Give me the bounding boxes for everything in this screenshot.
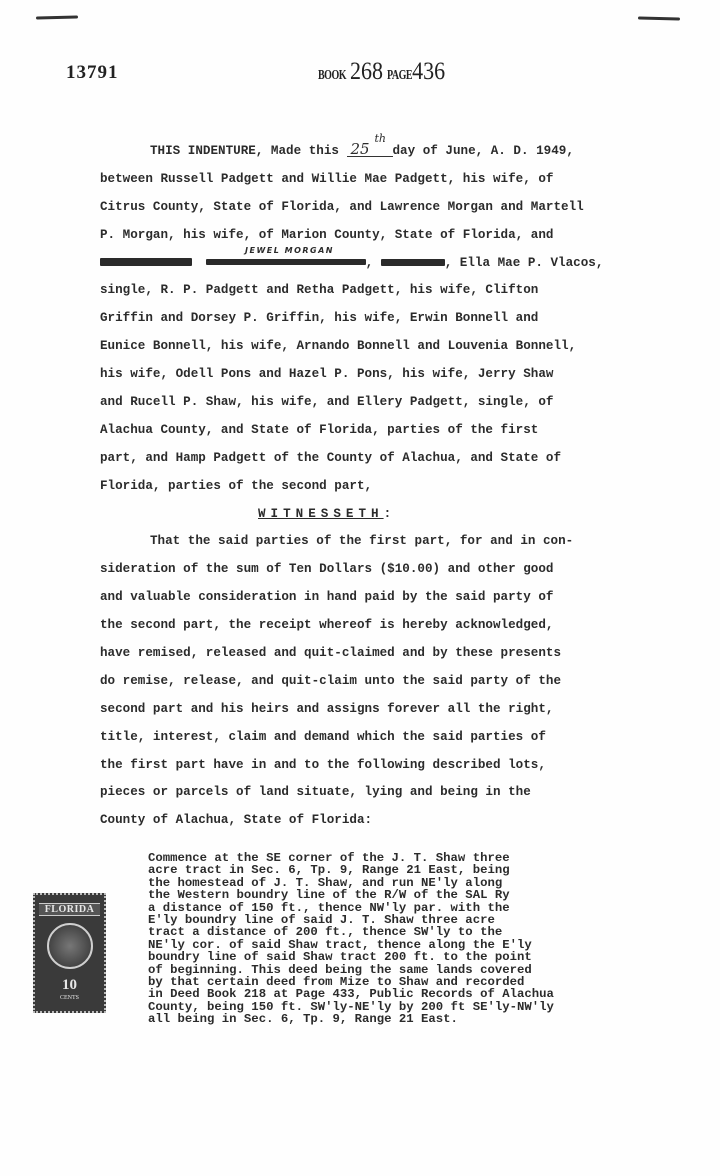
witnesseth-colon: :	[384, 507, 397, 521]
indenture-line: Eunice Bonnell, his wife, Arnando Bonnel…	[100, 333, 660, 361]
indenture-line: Citrus County, State of Florida, and Law…	[100, 194, 660, 222]
witnesseth-line: title, interest, claim and demand which …	[100, 724, 660, 752]
indenture-line: THIS INDENTURE, Made this 25thday of Jun…	[100, 138, 660, 166]
legal-description: Commence at the SE corner of the J. T. S…	[148, 852, 628, 1025]
book-number: 268	[350, 56, 383, 86]
witnesseth-line: second part and his heirs and assigns fo…	[100, 696, 660, 724]
corner-mark-left	[36, 15, 78, 19]
indenture-line-redacted: JEWEL MORGAN , , Ella Mae P. Vlacos,	[100, 250, 660, 278]
legal-line: tract a distance of 200 ft., thence SW'l…	[148, 926, 628, 938]
state-seal-icon	[47, 923, 93, 969]
witnesseth-line: the second part, the receipt whereof is …	[100, 612, 660, 640]
stamp-value: 10	[35, 977, 104, 994]
legal-line: boundry line of said Shaw tract 200 ft. …	[148, 951, 628, 963]
stamp-title: FLORIDA	[39, 903, 100, 916]
redaction-bar	[100, 258, 192, 266]
indenture-body: THIS INDENTURE, Made this 25thday of Jun…	[100, 138, 660, 835]
document-number: 13791	[66, 62, 119, 84]
page-label: PAGE	[387, 68, 412, 83]
legal-line: all being in Sec. 6, Tp. 9, Range 21 Eas…	[148, 1013, 628, 1025]
indenture-line: part, and Hamp Padgett of the County of …	[100, 445, 660, 473]
day-number: 25	[351, 140, 370, 158]
indenture-line: P. Morgan, his wife, of Marion County, S…	[100, 222, 660, 250]
legal-line: in Deed Book 218 at Page 433, Public Rec…	[148, 988, 628, 1000]
indenture-line: Florida, parties of the second part,	[100, 473, 660, 501]
indenture-opening: THIS INDENTURE, Made this	[150, 144, 347, 158]
witnesseth-title: WITNESSETH	[258, 507, 384, 521]
handwritten-annotation: JEWEL MORGAN	[245, 237, 334, 265]
witnesseth-line: do remise, release, and quit-claim unto …	[100, 668, 660, 696]
book-label: BOOK	[318, 68, 346, 83]
witnesseth-line: That the said parties of the first part,…	[100, 528, 660, 556]
book-page-reference: BOOK 268 PAGE436	[318, 58, 445, 84]
witnesseth-line: the first part have in and to the follow…	[100, 752, 660, 780]
witnesseth-heading: WITNESSETH:	[100, 501, 660, 529]
legal-line: acre tract in Sec. 6, Tp. 9, Range 21 Ea…	[148, 864, 628, 876]
indenture-line: and Rucell P. Shaw, his wife, and Ellery…	[100, 389, 660, 417]
indenture-line: his wife, Odell Pons and Hazel P. Pons, …	[100, 361, 660, 389]
redaction-bar	[381, 259, 445, 266]
witnesseth-line: sideration of the sum of Ten Dollars ($1…	[100, 556, 660, 584]
witnesseth-line: County of Alachua, State of Florida:	[100, 807, 660, 835]
witnesseth-line: pieces or parcels of land situate, lying…	[100, 779, 660, 807]
indenture-line: Griffin and Dorsey P. Griffin, his wife,…	[100, 305, 660, 333]
deed-page: 13791 BOOK 268 PAGE436 THIS INDENTURE, M…	[0, 0, 720, 1176]
indenture-line: single, R. P. Padgett and Retha Padgett,…	[100, 277, 660, 305]
legal-line: the Western boundry line of the R/W of t…	[148, 889, 628, 901]
indenture-line: between Russell Padgett and Willie Mae P…	[100, 166, 660, 194]
indenture-date: day of June, A. D. 1949,	[393, 144, 574, 158]
separator: ,	[366, 256, 381, 270]
florida-tax-stamp: FLORIDA 10 CENTS	[33, 893, 106, 1013]
handwritten-day: 25th	[347, 142, 393, 157]
witnesseth-line: have remised, released and quit-claimed …	[100, 640, 660, 668]
witnesseth-line: and valuable consideration in hand paid …	[100, 584, 660, 612]
indenture-line-text: , Ella Mae P. Vlacos,	[445, 256, 604, 270]
indenture-line: Alachua County, and State of Florida, pa…	[100, 417, 660, 445]
stamp-unit: CENTS	[35, 995, 104, 1001]
day-suffix: th	[375, 132, 387, 146]
corner-mark-right	[638, 16, 680, 20]
page-number: 436	[412, 56, 445, 86]
